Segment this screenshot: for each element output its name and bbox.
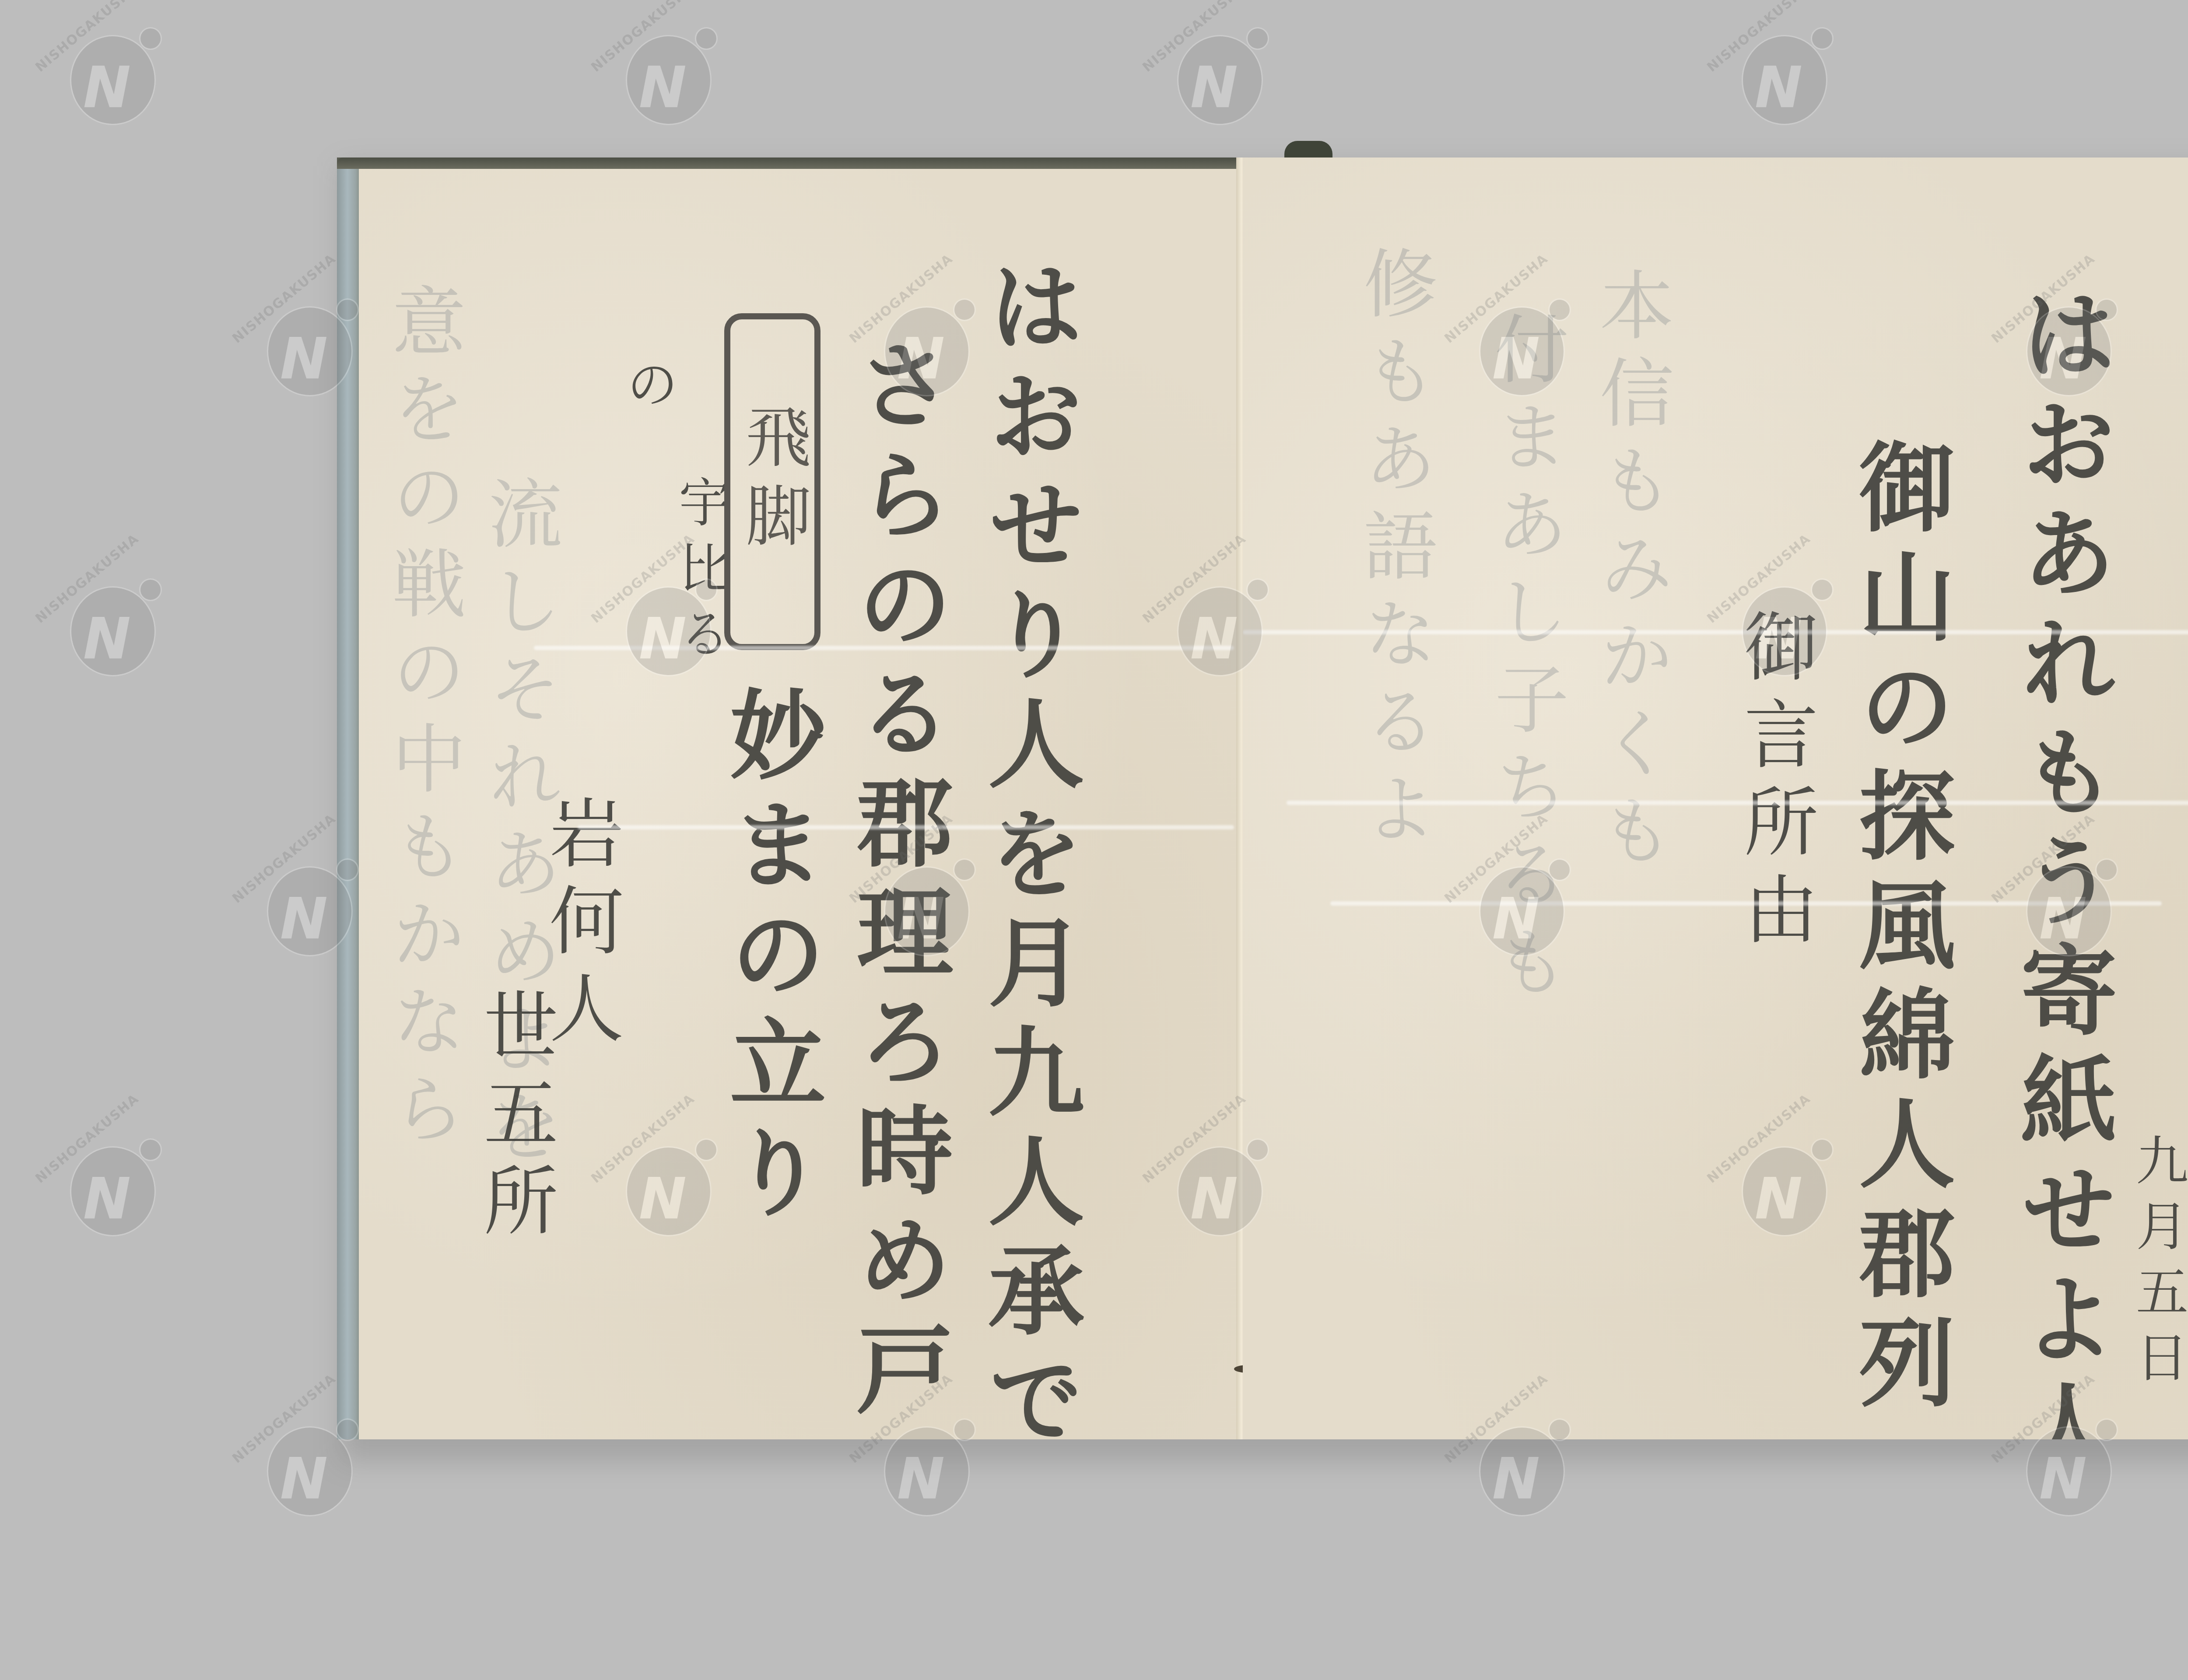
paper-wrinkle xyxy=(578,825,1234,829)
watermark-n-glyph: N xyxy=(1755,59,1812,116)
watermark-logo: N NISHOGAKUSHA xyxy=(871,1409,980,1518)
paper-wrinkle xyxy=(1287,801,2188,805)
watermark-n-glyph: N xyxy=(1190,1170,1247,1227)
watermark-n-glyph: N xyxy=(1492,330,1549,387)
watermark-dot-icon xyxy=(1811,27,1834,50)
watermark-logo: N NISHOGAKUSHA xyxy=(613,17,722,127)
watermark-logo: N NISHOGAKUSHA xyxy=(1729,569,1838,678)
watermark-dot-icon xyxy=(695,578,718,601)
watermark-dot-icon xyxy=(139,578,162,601)
date-annotation: 九月五日 xyxy=(2131,1133,2184,1396)
watermark-dot-icon xyxy=(336,298,359,321)
watermark-dot-icon xyxy=(2095,298,2118,321)
watermark-dot-icon xyxy=(336,858,359,881)
watermark-logo: N NISHOGAKUSHA xyxy=(2013,1409,2122,1518)
watermark-dot-icon xyxy=(695,1138,718,1161)
watermark-logo: N NISHOGAKUSHA xyxy=(871,289,980,398)
watermark-n-glyph: N xyxy=(639,1170,696,1227)
bleed-through-column: 修もあ語なるよ xyxy=(1357,245,1431,857)
watermark-dot-icon xyxy=(2095,1418,2118,1441)
watermark-n-glyph: N xyxy=(639,59,696,116)
watermark-logo: N NISHOGAKUSHA xyxy=(1466,1409,1575,1518)
text-column: はおせり人を月九人承で出る xyxy=(980,256,1076,1439)
watermark-dot-icon xyxy=(953,858,976,881)
photo-scene: 意をの戦の中もかなら 流しそれあめよを 世五所 岩何人 の 宇比る 飛脚 妙まの… xyxy=(0,0,2188,1680)
watermark-logo: N NISHOGAKUSHA xyxy=(2013,849,2122,958)
watermark-logo: N NISHOGAKUSHA xyxy=(1164,17,1273,127)
watermark-logo: N NISHOGAKUSHA xyxy=(1466,849,1575,958)
watermark-n-glyph: N xyxy=(1190,610,1247,667)
paper-wrinkle xyxy=(1243,630,2188,634)
watermark-dot-icon xyxy=(336,1418,359,1441)
watermark-logo: N NISHOGAKUSHA xyxy=(1466,289,1575,398)
seal-text: 飛脚 xyxy=(740,403,805,560)
watermark-dot-icon xyxy=(2095,858,2118,881)
watermark-dot-icon xyxy=(1246,1138,1269,1161)
watermark-logo: N NISHOGAKUSHA xyxy=(1729,1129,1838,1238)
watermark-n-glyph: N xyxy=(639,610,696,667)
watermark-logo: N NISHOGAKUSHA xyxy=(57,1129,166,1238)
watermark-n-glyph: N xyxy=(1190,59,1247,116)
left-page: 意をの戦の中もかなら 流しそれあめよを 世五所 岩何人 の 宇比る 飛脚 妙まの… xyxy=(359,169,1238,1439)
watermark-dot-icon xyxy=(1811,1138,1834,1161)
watermark-logo: N NISHOGAKUSHA xyxy=(57,569,166,678)
watermark-logo: N NISHOGAKUSHA xyxy=(1729,17,1838,127)
book-cover-top-edge xyxy=(337,157,1238,169)
watermark-dot-icon xyxy=(1548,1418,1571,1441)
watermark-dot-icon xyxy=(139,27,162,50)
watermark-dot-icon xyxy=(1811,578,1834,601)
watermark-n-glyph: N xyxy=(280,890,337,947)
watermark-n-glyph: N xyxy=(2039,330,2096,387)
watermark-n-glyph: N xyxy=(83,610,140,667)
watermark-dot-icon xyxy=(1246,27,1269,50)
watermark-logo: N NISHOGAKUSHA xyxy=(613,1129,722,1238)
watermark-n-glyph: N xyxy=(897,1450,954,1507)
watermark-logo: N NISHOGAKUSHA xyxy=(1164,1129,1273,1238)
boxed-seal-mark: 飛脚 xyxy=(724,313,820,650)
watermark-n-glyph: N xyxy=(1755,1170,1812,1227)
watermark-n-glyph: N xyxy=(280,330,337,387)
watermark-dot-icon xyxy=(953,1418,976,1441)
text-column: 妙まの立り xyxy=(722,685,818,1232)
watermark-dot-icon xyxy=(139,1138,162,1161)
watermark-logo: N NISHOGAKUSHA xyxy=(871,849,980,958)
watermark-n-glyph: N xyxy=(2039,890,2096,947)
watermark-dot-icon xyxy=(1548,298,1571,321)
binding-tab xyxy=(1284,141,1332,158)
watermark-logo: N NISHOGAKUSHA xyxy=(254,289,363,398)
watermark-logo: N NISHOGAKUSHA xyxy=(2013,289,2122,398)
watermark-logo: N NISHOGAKUSHA xyxy=(57,17,166,127)
text-column: の xyxy=(621,357,674,423)
watermark-n-glyph: N xyxy=(1492,890,1549,947)
watermark-n-glyph: N xyxy=(280,1450,337,1507)
watermark-dot-icon xyxy=(695,27,718,50)
watermark-dot-icon xyxy=(1246,578,1269,601)
watermark-dot-icon xyxy=(953,298,976,321)
watermark-n-glyph: N xyxy=(1492,1450,1549,1507)
watermark-logo: N NISHOGAKUSHA xyxy=(254,849,363,958)
text-column: 岩何人 xyxy=(543,794,617,1057)
watermark-n-glyph: N xyxy=(2039,1450,2096,1507)
watermark-logo: N NISHOGAKUSHA xyxy=(613,569,722,678)
watermark-n-glyph: N xyxy=(897,330,954,387)
watermark-n-glyph: N xyxy=(83,59,140,116)
text-column: 御山の探風綿人郡列 xyxy=(1851,437,1947,1422)
open-book: 意をの戦の中もかなら 流しそれあめよを 世五所 岩何人 の 宇比る 飛脚 妙まの… xyxy=(337,157,2188,1439)
watermark-dot-icon xyxy=(1548,858,1571,881)
bleed-through-column: 意をの戦の中もかなら xyxy=(385,283,459,1158)
watermark-n-glyph: N xyxy=(1755,610,1812,667)
watermark-n-glyph: N xyxy=(897,890,954,947)
watermark-n-glyph: N xyxy=(83,1170,140,1227)
bleed-through-column: 本信もみかくも xyxy=(1593,267,1667,879)
watermark-logo: N NISHOGAKUSHA xyxy=(254,1409,363,1518)
watermark-logo: N NISHOGAKUSHA xyxy=(1164,569,1273,678)
